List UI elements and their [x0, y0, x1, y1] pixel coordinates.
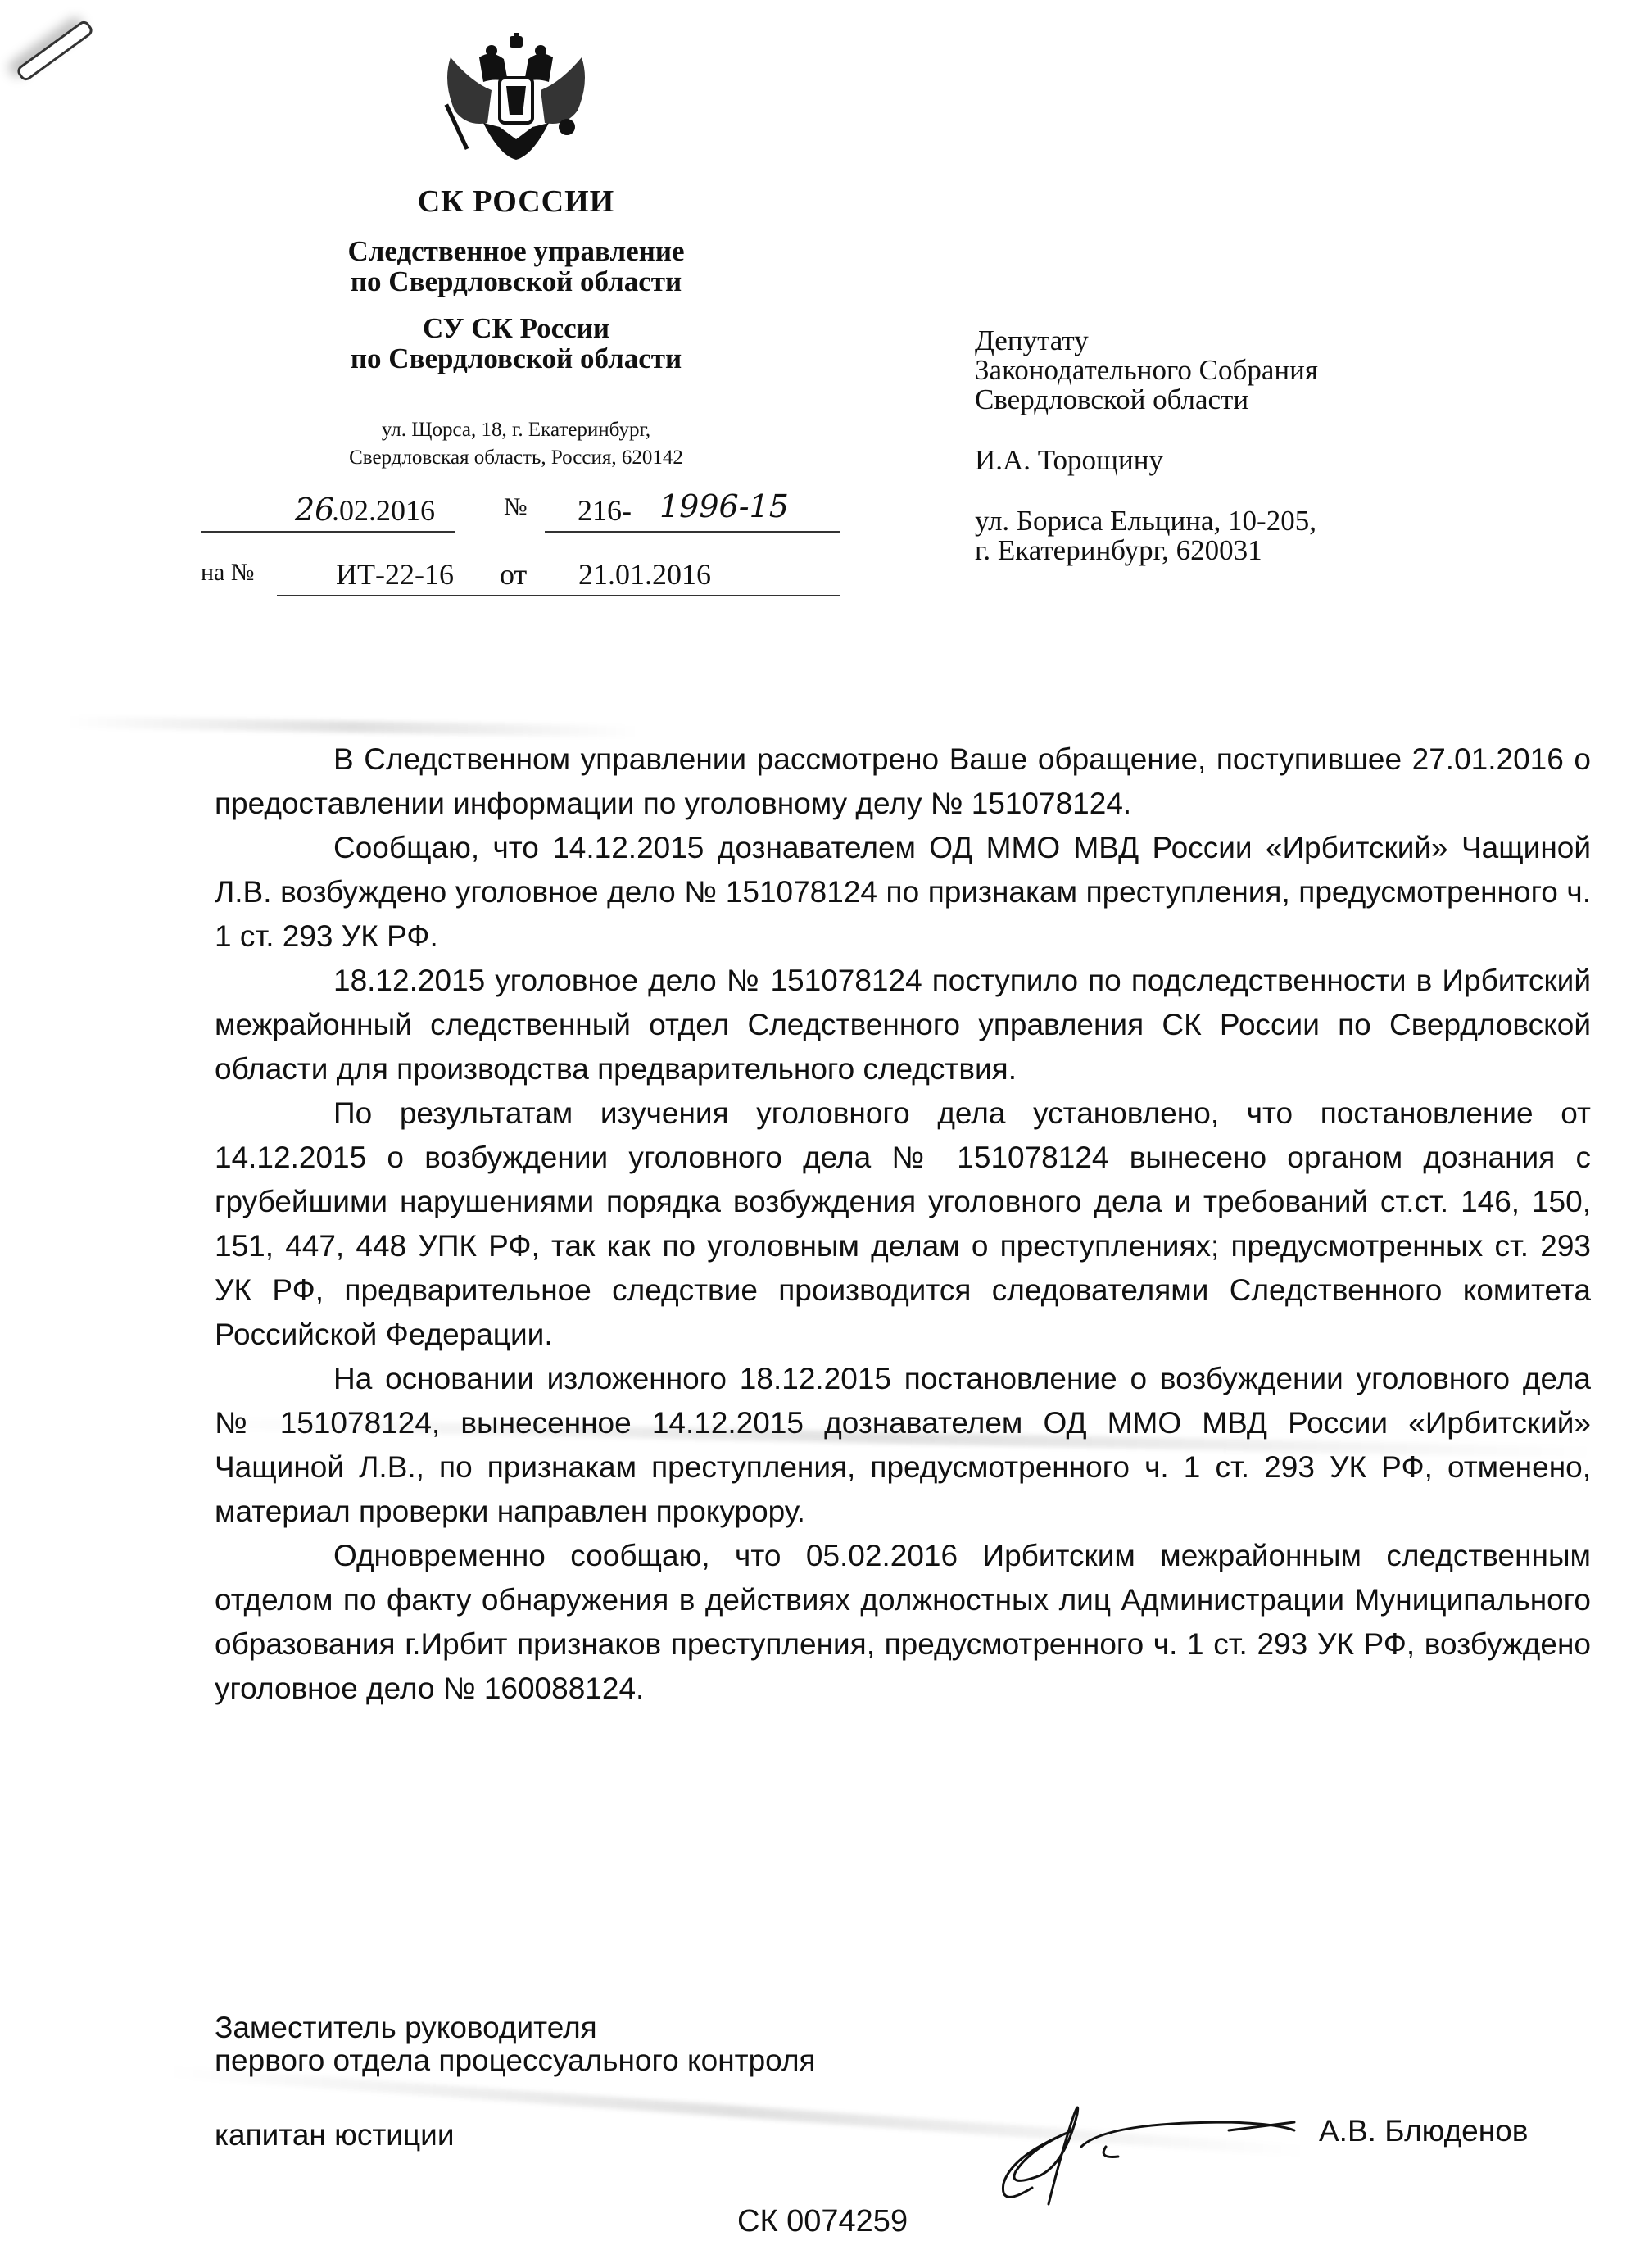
body-paragraph: Сообщаю, что 14.12.2015 дознавателем ОД … — [215, 826, 1591, 959]
printed-month-year: .02.2016 — [332, 493, 435, 528]
body-paragraph: По результатам изучения уголовного дела … — [215, 1091, 1591, 1357]
outgoing-number-field: 216- 1996-15 — [545, 490, 840, 533]
body-paragraph: 18.12.2015 уголовное дело № 151078124 по… — [215, 959, 1591, 1091]
letter-body: В Следственном управлении рассмотрено Ва… — [215, 737, 1591, 1711]
russian-coat-of-arms-icon — [434, 33, 598, 160]
position-line-2: первого отдела процессуального контроля — [215, 2044, 816, 2077]
body-paragraph: Одновременно сообщаю, что 05.02.2016 Ирб… — [215, 1534, 1591, 1711]
printed-number: 216- — [578, 493, 632, 528]
form-serial-number: СК 0074259 — [737, 2204, 908, 2239]
handwritten-day: 26 — [295, 492, 334, 528]
org-address: ул. Щорса, 18, г. Екатеринбург, Свердлов… — [254, 416, 778, 472]
outgoing-date-field: 26 .02.2016 — [201, 490, 455, 533]
org-short-line-1: СУ СК России — [254, 313, 778, 343]
signatory-position: Заместитель руководителя первого отдела … — [215, 2012, 816, 2077]
addressee-block: Депутату Законодательного Собрания Сверд… — [975, 326, 1318, 565]
org-short-line-2: по Свердловской области — [254, 343, 778, 374]
org-short-name: СУ СК России по Свердловской области — [254, 313, 778, 374]
handwritten-signature-icon — [983, 2098, 1311, 2212]
number-label: № — [504, 493, 528, 521]
scan-smudge — [66, 716, 639, 737]
addressee-organization: Законодательного Собрания — [975, 356, 1318, 385]
org-full-line-1: Следственное управление — [254, 236, 778, 266]
body-paragraph: На основании изложенного 18.12.2015 пост… — [215, 1357, 1591, 1534]
org-address-line-1: ул. Щорса, 18, г. Екатеринбург, — [254, 416, 778, 444]
reply-from-label: от — [500, 557, 527, 592]
handwritten-number: 1996-15 — [659, 488, 789, 524]
reply-number-label: на № — [201, 559, 255, 587]
reply-date: 21.01.2016 — [578, 557, 711, 592]
addressee-region: Свердловской области — [975, 385, 1318, 415]
addressee-address-line-1: ул. Бориса Ельцина, 10-205, — [975, 506, 1318, 536]
signatory-name: А.В. Блюденов — [1319, 2114, 1528, 2148]
org-full-name: Следственное управление по Свердловской … — [254, 236, 778, 297]
org-address-line-2: Свердловская область, Россия, 620142 — [254, 444, 778, 472]
scan-artifact — [15, 19, 95, 83]
position-line-1: Заместитель руководителя — [215, 2012, 816, 2044]
reply-number: ИТ-22-16 — [336, 557, 454, 592]
body-paragraph: В Следственном управлении рассмотрено Ва… — [215, 737, 1591, 826]
addressee-name: И.А. Торощину — [975, 446, 1318, 475]
org-name: СК РОССИИ — [254, 184, 778, 220]
addressee-title: Депутату — [975, 326, 1318, 356]
reply-reference-field: ИТ-22-16 от 21.01.2016 — [277, 554, 840, 596]
addressee-address-line-2: г. Екатеринбург, 620031 — [975, 536, 1318, 565]
org-full-line-2: по Свердловской области — [254, 266, 778, 297]
signatory-rank: капитан юстиции — [215, 2118, 455, 2152]
addressee-address: ул. Бориса Ельцина, 10-205, г. Екатеринб… — [975, 506, 1318, 565]
